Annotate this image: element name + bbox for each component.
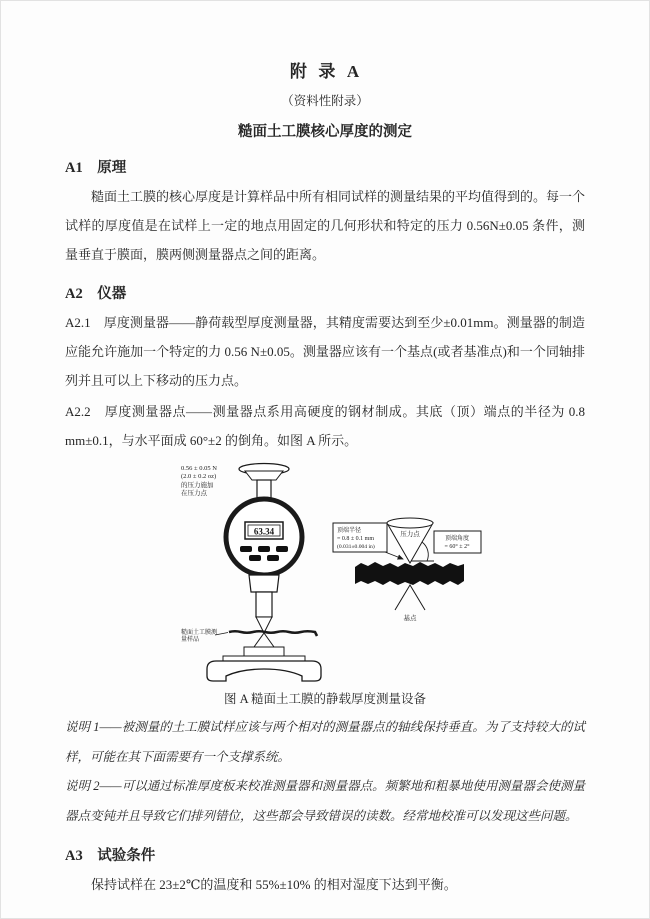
force-label-line1: 0.56 ± 0.05 N: [181, 465, 217, 472]
note-2: 说明 2——可以通过标准厚度板来校准测量器和测量器点。频繁地和粗暴地使用测量器会…: [65, 772, 585, 831]
sample-label-line1: 糙面土工膜测: [181, 628, 217, 636]
base-point-label: 基点: [404, 613, 418, 622]
section-a1-heading: A1 原理: [65, 156, 585, 177]
tip-detail-inset: 压力点 顶端半径 = 0.8 ± 0.1 mm (0.031±0.004 in)…: [333, 518, 481, 622]
document-page: 附 录 A （资料性附录） 糙面土工膜核心厚度的测定 A1 原理 糙面土工膜的核…: [0, 0, 650, 919]
stand-body: [207, 661, 321, 681]
tip-radius-arrow: [385, 552, 403, 559]
figure-a-drawing: 0.56 ± 0.05 N (2.0 ± 0.2 oz) 的压力施加 在压力点 …: [137, 457, 597, 687]
probe-neck: [249, 575, 279, 592]
gauge-button: [249, 555, 261, 561]
specimen-line: [229, 631, 317, 636]
specimen: 糙面土工膜测 量样品: [181, 628, 317, 647]
figure-a: 0.56 ± 0.05 N (2.0 ± 0.2 oz) 的压力施加 在压力点 …: [65, 457, 585, 687]
tip-radius-line2: = 0.8 ± 0.1 mm: [337, 536, 374, 542]
gauge-cap-base: [245, 471, 283, 480]
section-a2-item1: A2.1 厚度测量器——静荷载型厚度测量器，其精度需要达到至少±0.01mm。测…: [65, 308, 585, 395]
display-readout: 63.34: [254, 527, 275, 537]
appendix-title: 附 录 A: [65, 57, 585, 82]
gauge-button: [276, 546, 288, 552]
figure-caption: 图 A 糙面土工膜的静载厚度测量设备: [65, 689, 585, 707]
gauge-button: [240, 546, 252, 552]
gauge-dial: [226, 499, 302, 575]
appendix-note: （资料性附录）: [65, 91, 585, 109]
tip-radius-line3: (0.031±0.004 in): [337, 543, 375, 550]
pressure-cone: [387, 523, 433, 563]
section-a2-heading: A2 仪器: [65, 282, 585, 303]
probe-shaft: [256, 592, 272, 617]
thickness-gauge: 63.34: [226, 464, 302, 634]
base-point-cone: [254, 633, 274, 647]
section-a1-body: 糙面土工膜的核心厚度是计算样品中所有相同试样的测量结果的平均值得到的。每一个试样…: [65, 182, 585, 269]
section-a3-heading: A3 试验条件: [65, 844, 585, 865]
force-label-line2: (2.0 ± 0.2 oz): [181, 473, 216, 480]
pressure-cone-top: [387, 518, 433, 528]
tip-radius-line1: 顶端半径: [337, 526, 361, 534]
force-label-line4: 在压力点: [181, 488, 208, 497]
base-point-lines: [395, 585, 425, 610]
pressure-point-label: 压力点: [400, 529, 420, 538]
gauge-button: [258, 546, 270, 552]
base-stand: [207, 647, 321, 681]
doc-title: 糙面土工膜核心厚度的测定: [65, 120, 585, 141]
force-label-line3: 的压力施加: [181, 480, 214, 489]
anvil-block: [244, 647, 284, 656]
section-a2-item2: A2.2 厚度测量器点——测量器点系用高硬度的钢材制成。其底（顶）端点的半径为 …: [65, 397, 585, 455]
anvil-plate: [223, 656, 305, 661]
tip-angle-line2: = 60° ± 2°: [445, 543, 471, 550]
force-annotation: 0.56 ± 0.05 N (2.0 ± 0.2 oz) 的压力施加 在压力点: [181, 465, 217, 497]
gauge-button: [267, 555, 279, 561]
angle-arc: [422, 542, 428, 561]
sample-label-line2: 量样品: [181, 635, 199, 643]
section-a3-body: 保持试样在 23±2℃的温度和 55%±10% 的相对湿度下达到平衡。: [65, 870, 585, 899]
note-1: 说明 1——被测量的土工膜试样应该与两个相对的测量器点的轴线保持垂直。为了支持较…: [65, 713, 585, 772]
membrane-band: [355, 562, 464, 585]
tip-angle-line1: 顶端角度: [445, 534, 469, 542]
